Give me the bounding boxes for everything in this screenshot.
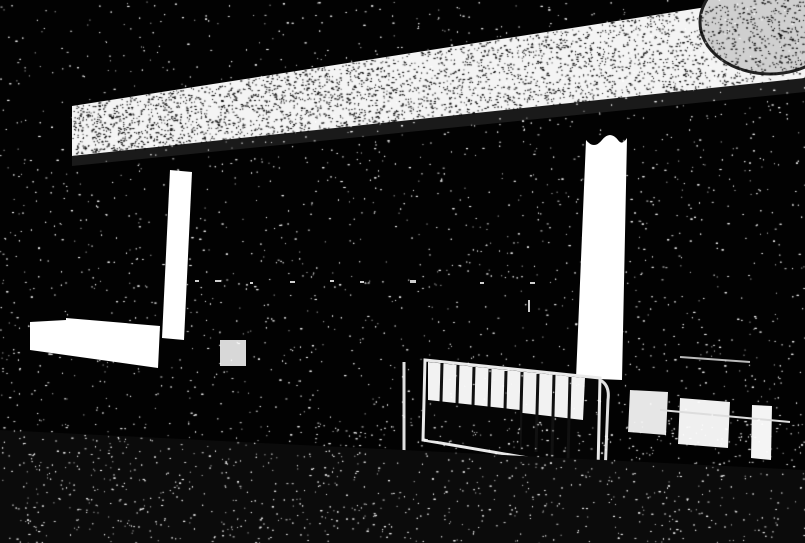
night-petrol-station-photo <box>0 0 805 543</box>
photo-shapes <box>0 0 805 543</box>
right-pillar <box>576 135 627 380</box>
canopy-fascia <box>72 0 805 156</box>
lit-window <box>220 340 246 366</box>
distant-lights <box>195 280 535 312</box>
kiosk-panels <box>628 357 790 460</box>
left-low-structure <box>30 318 160 368</box>
left-pillar <box>162 170 192 340</box>
